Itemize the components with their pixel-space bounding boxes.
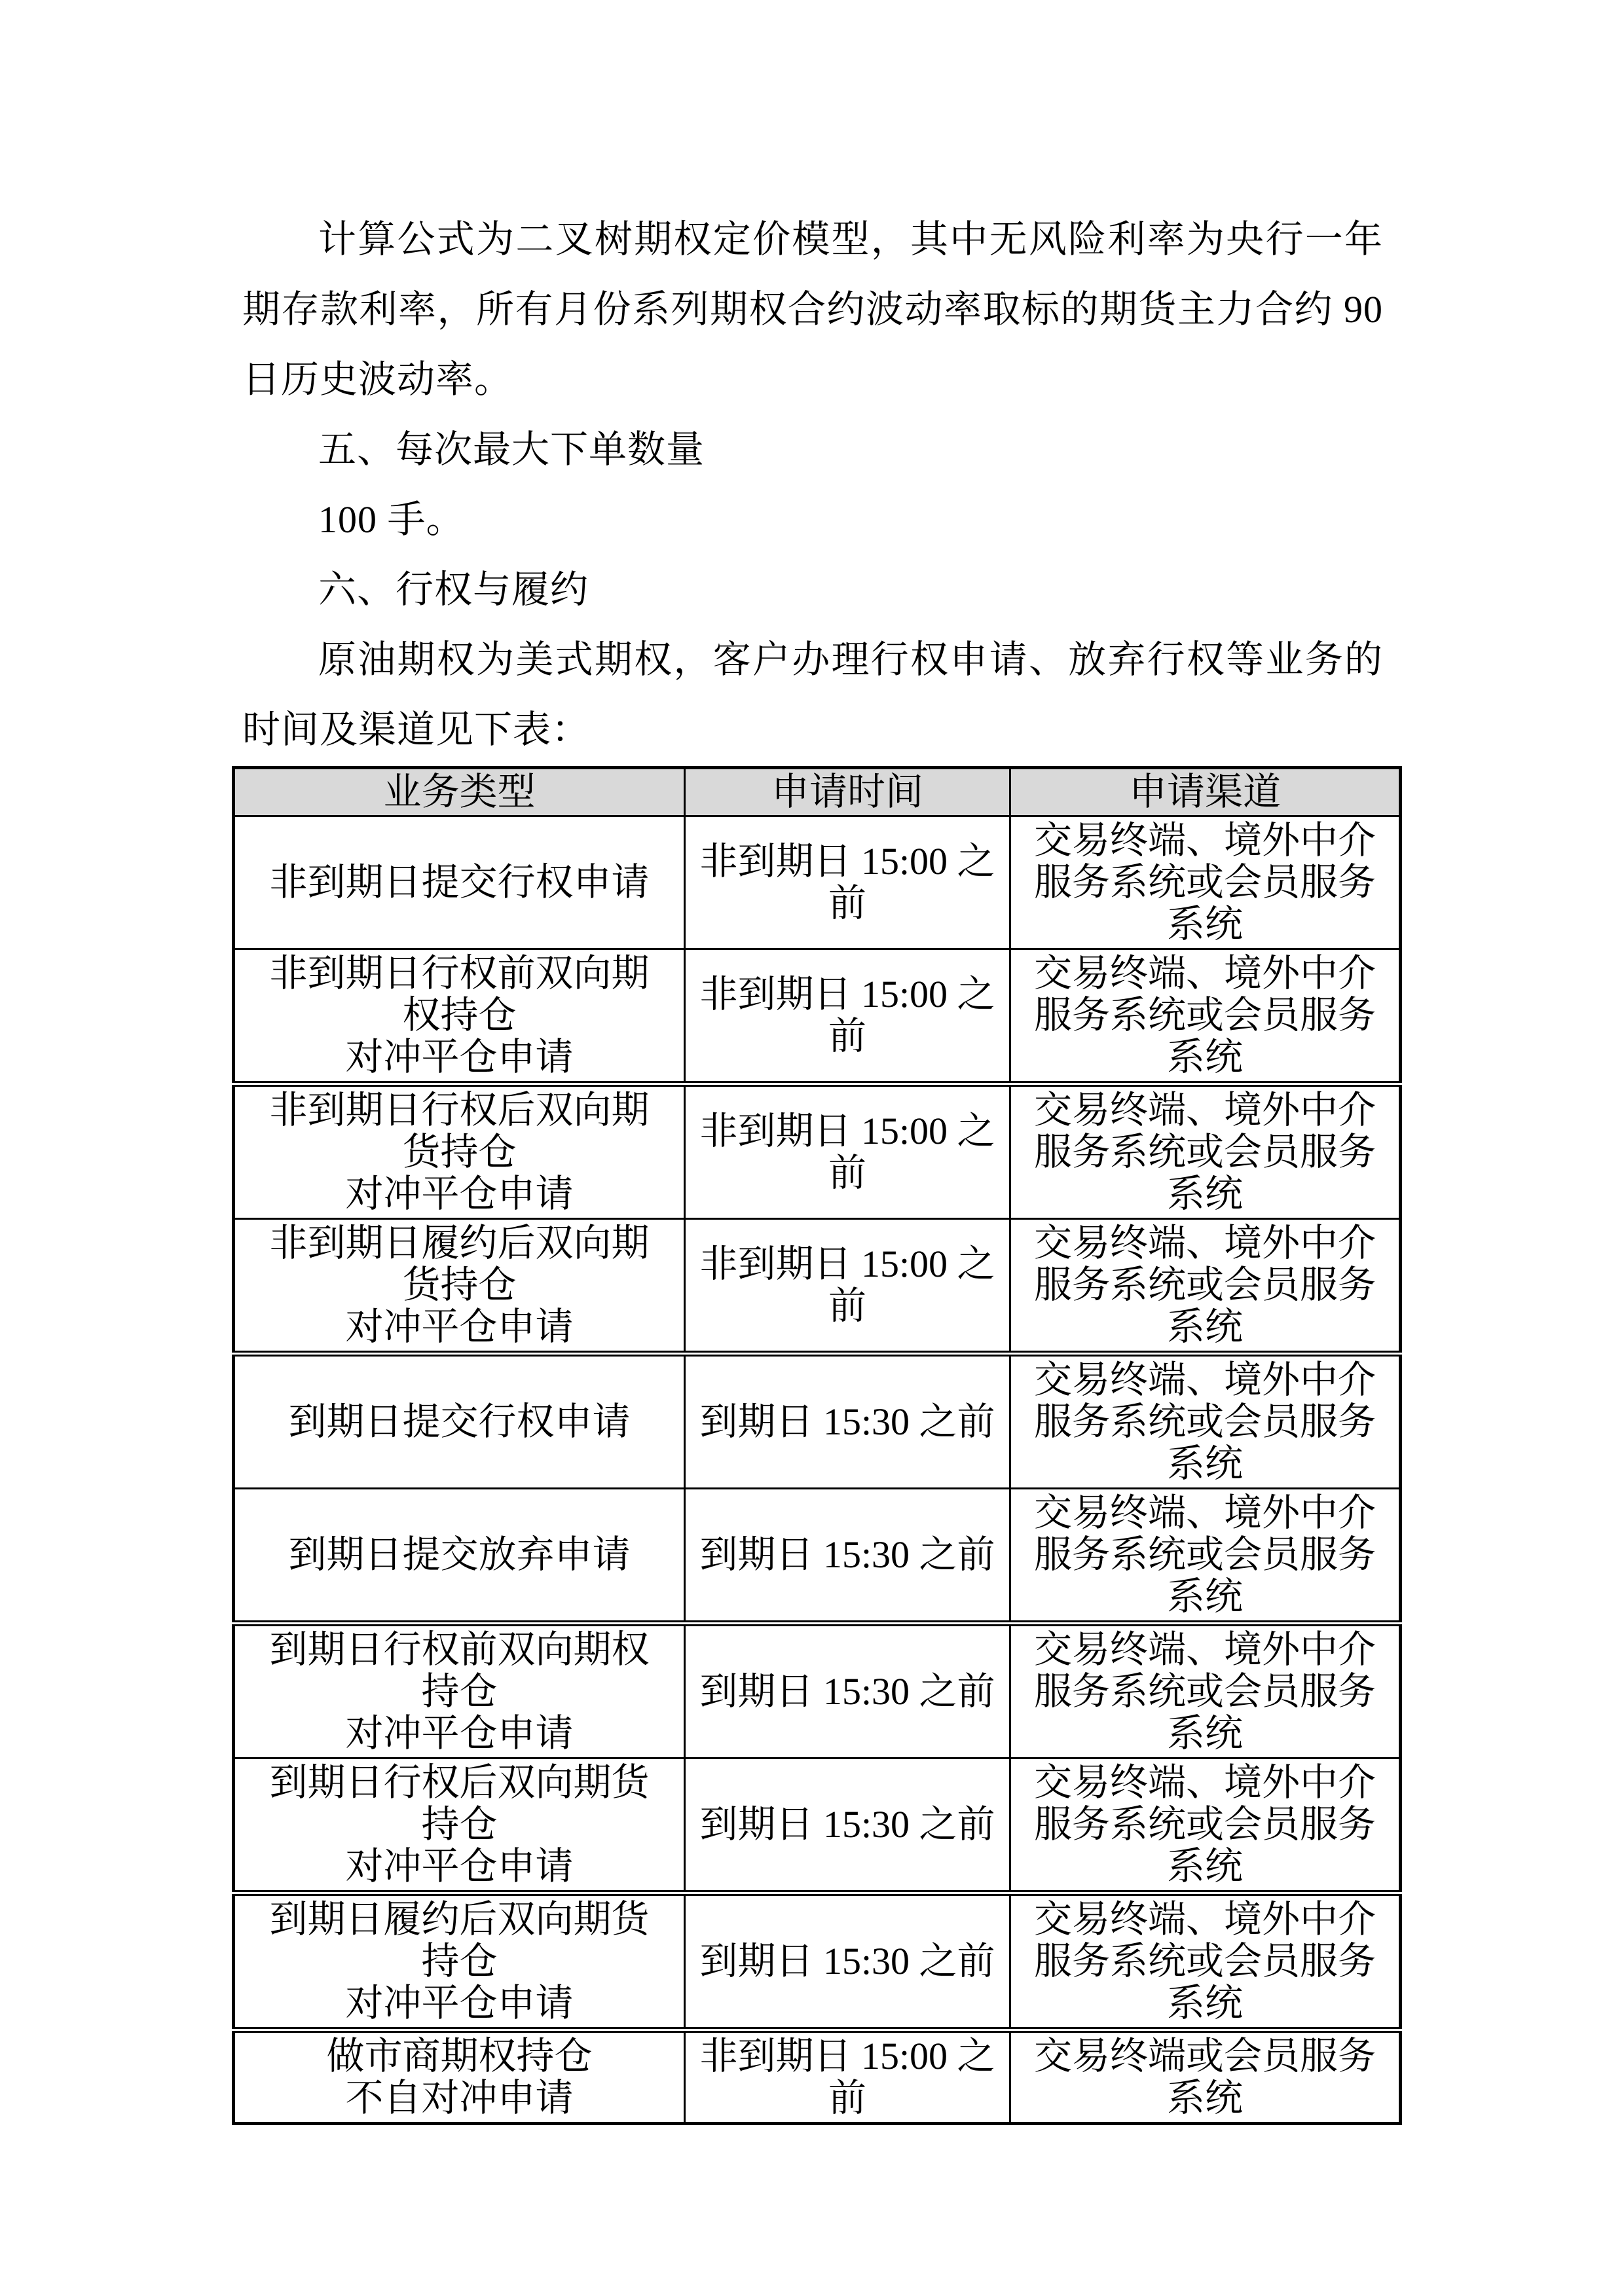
cell-apply-channel: 交易终端、境外中介服务系统或会员服务系统 — [1010, 949, 1401, 1084]
table-row: 到期日提交放弃申请 到期日 15:30 之前 交易终端、境外中介服务系统或会员服… — [234, 1489, 1401, 1624]
cell-business-type-2: 对冲平仓申请 — [251, 1306, 668, 1348]
cell-business-type: 到期日履约后双向期货持仓 — [251, 1899, 668, 1982]
page: { "document": { "paragraphs": [ { "text"… — [0, 0, 1624, 2296]
cell-apply-time: 非到期日 15:00 之前 — [685, 949, 1010, 1084]
cell-apply-time: 到期日 15:30 之前 — [685, 1354, 1010, 1489]
cell-apply-channel: 交易终端、境外中介服务系统或会员服务系统 — [1010, 1489, 1401, 1624]
cell-apply-channel: 交易终端、境外中介服务系统或会员服务系统 — [1010, 1084, 1401, 1219]
cell-business-type: 非到期日履约后双向期货持仓 — [251, 1222, 668, 1306]
exercise-business-table: 业务类型 申请时间 申请渠道 非到期日提交行权申请 非到期日 15:00 之前 … — [232, 766, 1402, 2125]
cell-apply-channel: 交易终端或会员服务系统 — [1010, 2030, 1401, 2124]
cell-apply-time: 到期日 15:30 之前 — [685, 1758, 1010, 1893]
table-row: 非到期日提交行权申请 非到期日 15:00 之前 交易终端、境外中介服务系统或会… — [234, 816, 1401, 949]
cell-business-type: 非到期日行权前双向期权持仓 — [251, 953, 668, 1036]
header-business-type: 业务类型 — [234, 768, 685, 816]
table-row: 到期日提交行权申请 到期日 15:30 之前 交易终端、境外中介服务系统或会员服… — [234, 1354, 1401, 1489]
table-row: 到期日行权后双向期货持仓 对冲平仓申请 到期日 15:30 之前 交易终端、境外… — [234, 1758, 1401, 1893]
table-row: 非到期日行权后双向期货持仓 对冲平仓申请 非到期日 15:00 之前 交易终端、… — [234, 1084, 1401, 1219]
table-row: 到期日行权前双向期权持仓 对冲平仓申请 到期日 15:30 之前 交易终端、境外… — [234, 1624, 1401, 1758]
table-header-row: 业务类型 申请时间 申请渠道 — [234, 768, 1401, 816]
paragraph-max-order: 100 手。 — [242, 484, 1383, 555]
cell-business-type: 到期日行权后双向期货持仓 — [251, 1762, 668, 1846]
cell-apply-channel: 交易终端、境外中介服务系统或会员服务系统 — [1010, 1624, 1401, 1758]
heading-section-6: 六、行权与履约 — [242, 555, 1383, 625]
cell-apply-channel: 交易终端、境外中介服务系统或会员服务系统 — [1010, 1219, 1401, 1354]
paragraph-pricing-model: 计算公式为二叉树期权定价模型，其中无风险利率为央行一年期存款利率，所有月份系列期… — [242, 204, 1383, 414]
cell-apply-time: 非到期日 15:00 之前 — [685, 1219, 1010, 1354]
table-row: 非到期日行权前双向期权持仓 对冲平仓申请 非到期日 15:00 之前 交易终端、… — [234, 949, 1401, 1084]
cell-business-type-2: 对冲平仓申请 — [251, 1982, 668, 2024]
cell-business-type: 到期日行权前双向期权持仓 — [251, 1629, 668, 1713]
cell-apply-channel: 交易终端、境外中介服务系统或会员服务系统 — [1010, 1893, 1401, 2030]
paragraph-table-intro: 原油期权为美式期权，客户办理行权申请、放弃行权等业务的时间及渠道见下表： — [242, 625, 1383, 765]
heading-section-5: 五、每次最大下单数量 — [242, 414, 1383, 484]
cell-business-type-2: 对冲平仓申请 — [251, 1713, 668, 1755]
table-row: 到期日履约后双向期货持仓 对冲平仓申请 到期日 15:30 之前 交易终端、境外… — [234, 1893, 1401, 2030]
cell-apply-channel: 交易终端、境外中介服务系统或会员服务系统 — [1010, 1758, 1401, 1893]
cell-apply-time: 到期日 15:30 之前 — [685, 1624, 1010, 1758]
cell-apply-channel: 交易终端、境外中介服务系统或会员服务系统 — [1010, 1354, 1401, 1489]
cell-business-type-2: 对冲平仓申请 — [251, 1036, 668, 1078]
cell-business-type-2: 对冲平仓申请 — [251, 1173, 668, 1215]
header-apply-channel: 申请渠道 — [1010, 768, 1401, 816]
cell-business-type: 到期日提交放弃申请 — [251, 1534, 668, 1576]
cell-business-type-2: 不自对冲申请 — [251, 2077, 668, 2119]
cell-business-type: 非到期日行权后双向期货持仓 — [251, 1089, 668, 1173]
document-body: 计算公式为二叉树期权定价模型，其中无风险利率为央行一年期存款利率，所有月份系列期… — [0, 0, 1624, 2125]
cell-business-type-2: 对冲平仓申请 — [251, 1846, 668, 1887]
table-row: 做市商期权持仓 不自对冲申请 非到期日 15:00 之前 交易终端或会员服务系统 — [234, 2030, 1401, 2124]
cell-apply-time: 非到期日 15:00 之前 — [685, 2030, 1010, 2124]
cell-apply-time: 到期日 15:30 之前 — [685, 1489, 1010, 1624]
cell-business-type: 非到期日提交行权申请 — [251, 862, 668, 903]
cell-apply-channel: 交易终端、境外中介服务系统或会员服务系统 — [1010, 816, 1401, 949]
table-row: 非到期日履约后双向期货持仓 对冲平仓申请 非到期日 15:00 之前 交易终端、… — [234, 1219, 1401, 1354]
cell-apply-time: 非到期日 15:00 之前 — [685, 816, 1010, 949]
cell-business-type: 到期日提交行权申请 — [251, 1401, 668, 1443]
cell-apply-time: 非到期日 15:00 之前 — [685, 1084, 1010, 1219]
header-apply-time: 申请时间 — [685, 768, 1010, 816]
cell-business-type: 做市商期权持仓 — [251, 2035, 668, 2077]
cell-apply-time: 到期日 15:30 之前 — [685, 1893, 1010, 2030]
